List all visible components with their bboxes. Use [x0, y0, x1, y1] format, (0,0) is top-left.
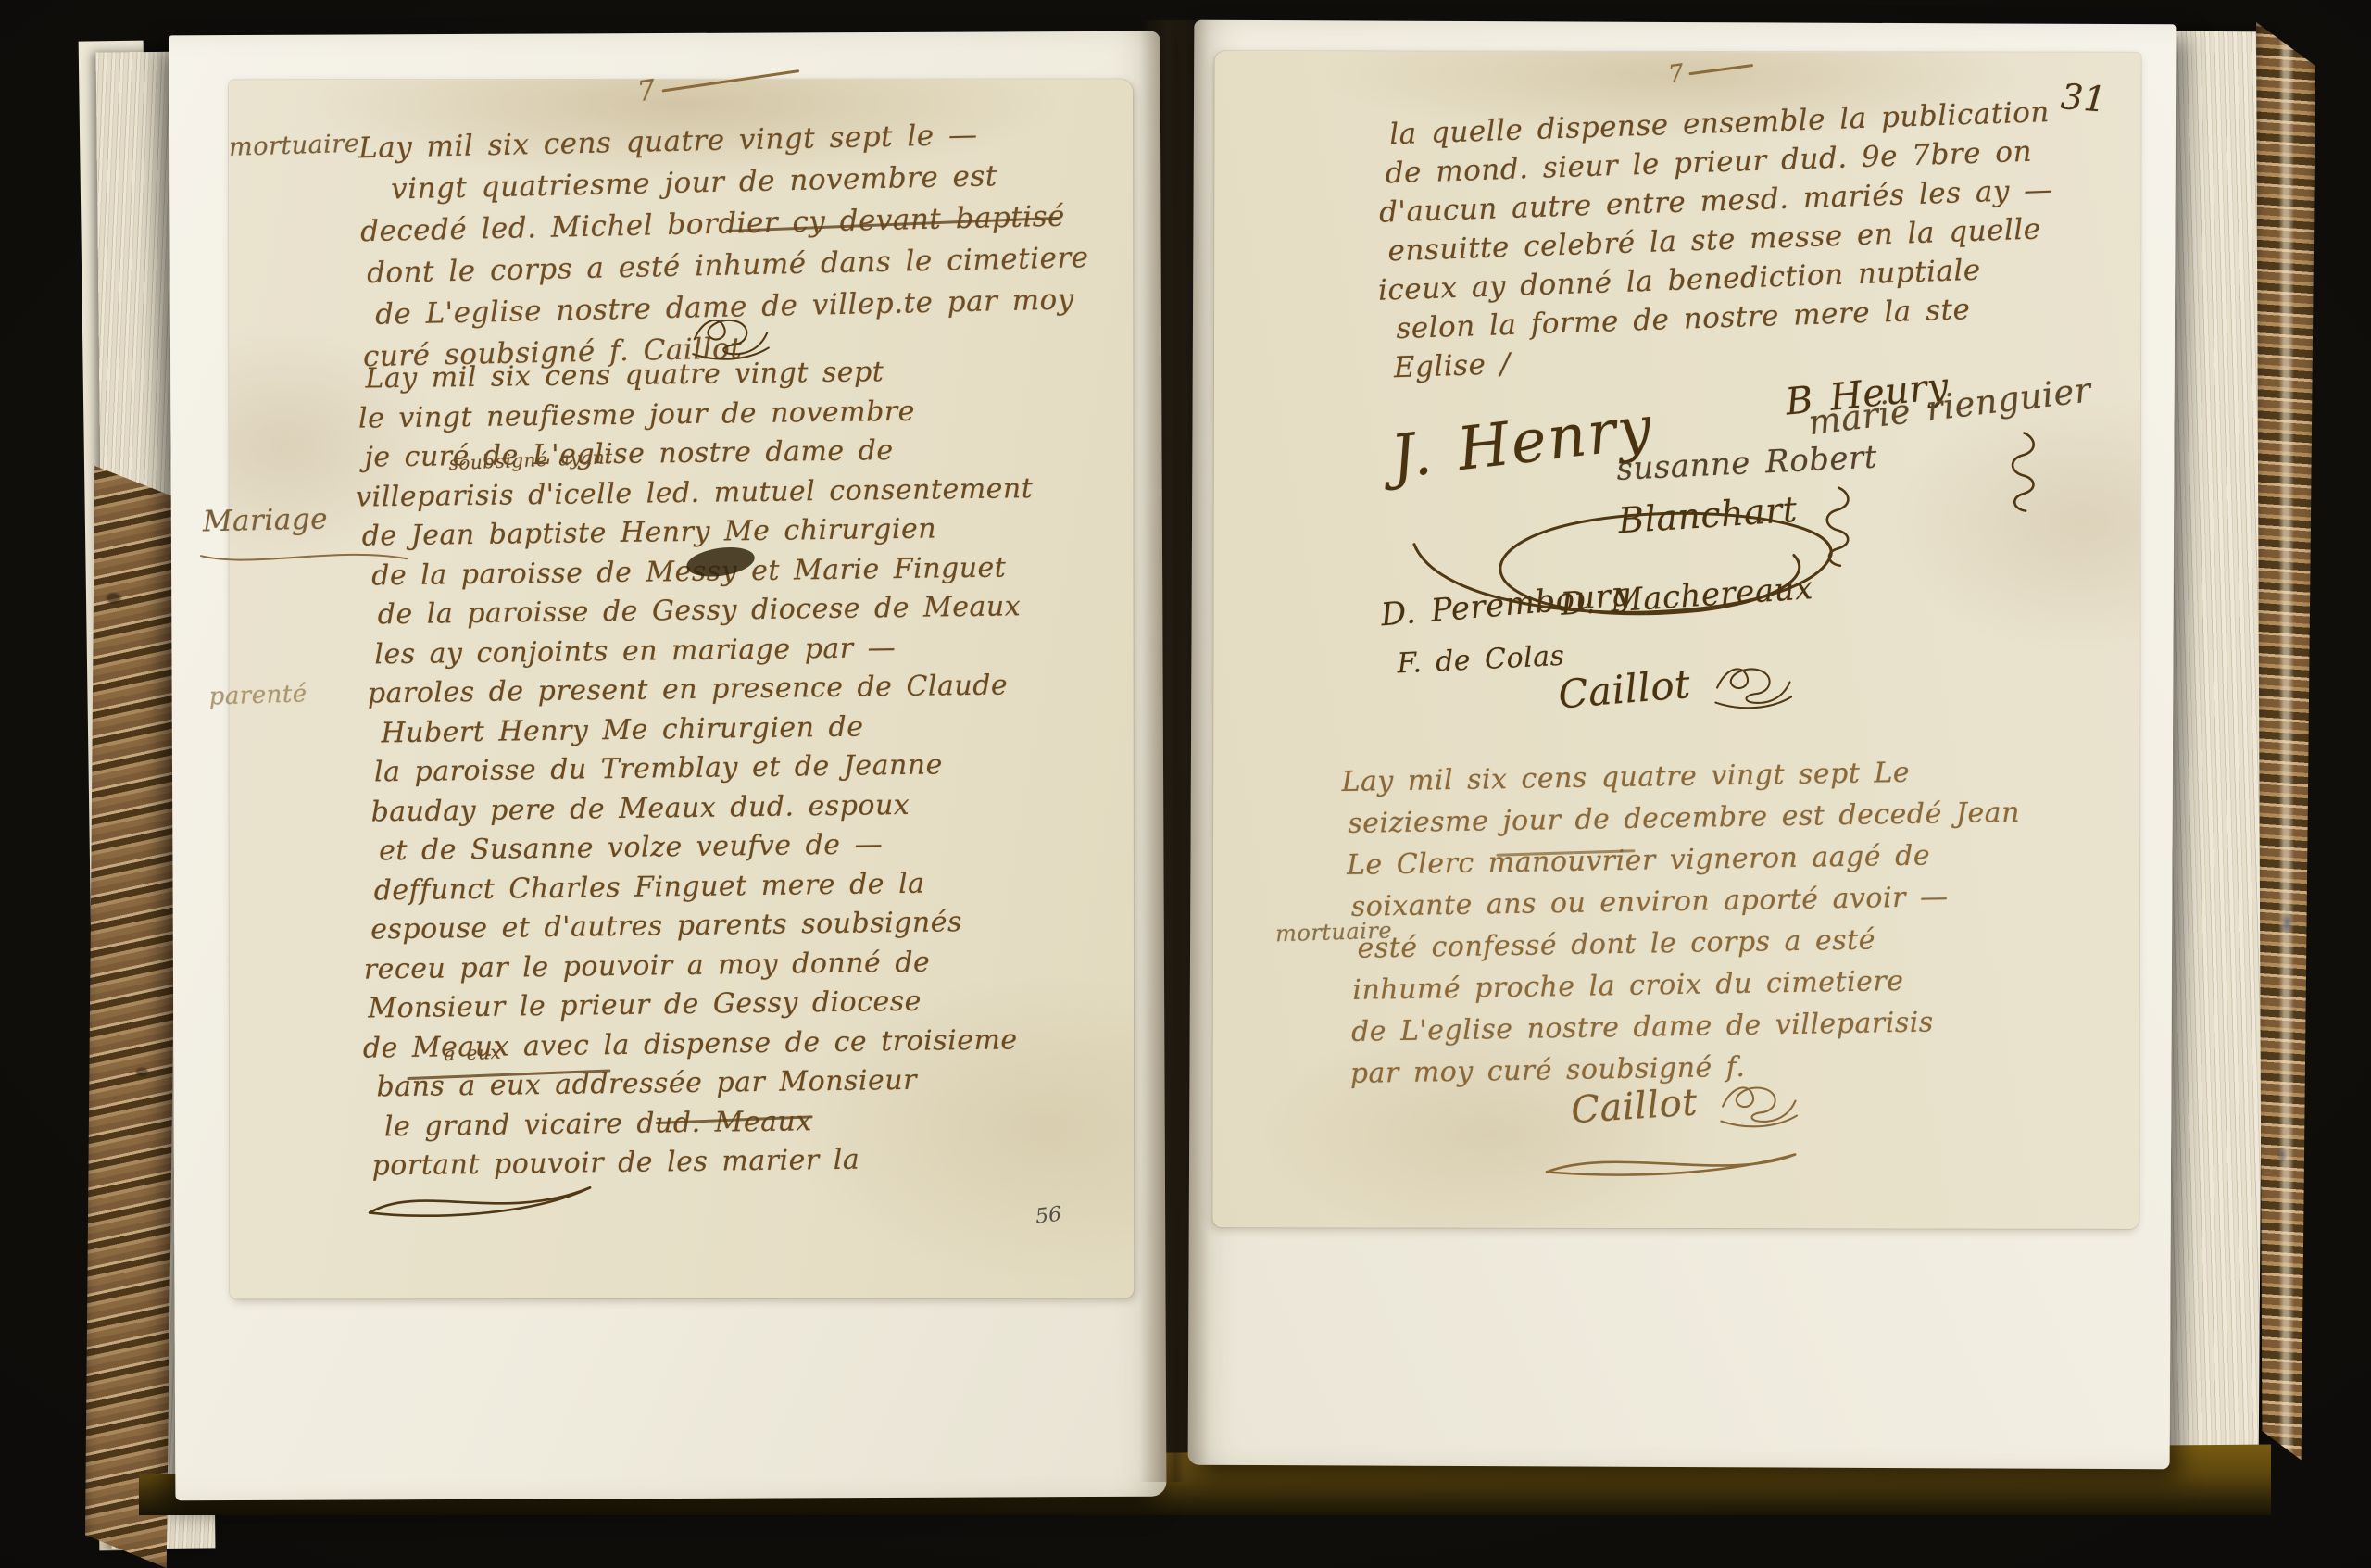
- cross-mark-stroke: [661, 69, 799, 92]
- interline-insertion: a eux: [444, 1041, 502, 1065]
- pencil-folio-number: 56: [1035, 1203, 1063, 1229]
- signature-knot-mark: [1822, 484, 1855, 570]
- right-marbled-endpaper: [2256, 22, 2315, 1474]
- signature-caillot-burial: Caillot: [1570, 1081, 1699, 1132]
- right-burial-act: Lay mil six cens quatre vingt sept Le se…: [1334, 750, 2024, 1095]
- folio-cross-mark-left-text: 7: [635, 74, 658, 108]
- caillot-paraph: [1712, 659, 1795, 711]
- cross-mark-stroke: [1688, 63, 1753, 74]
- signature-underline-sweep: [1541, 1144, 1800, 1182]
- left-page: 7 mortuaire Mariage parenté Lay mil six …: [169, 31, 1167, 1501]
- left-marbled-endpaper: [85, 466, 180, 1568]
- folio-cross-mark-right-text: 7: [1667, 59, 1687, 89]
- right-page: 7 31 la quelle dispense ensemble la publ…: [1188, 20, 2177, 1470]
- right-marriage-act-continuation: la quelle dispense ensemble la publicati…: [1384, 93, 2060, 387]
- ink-folio-number: 31: [2059, 76, 2107, 120]
- photograph-of-open-register: 7 mortuaire Mariage parenté Lay mil six …: [0, 0, 2371, 1568]
- signature-knot-mark: [2007, 430, 2040, 515]
- margin-note-parente: parenté: [208, 680, 307, 710]
- right-page-stack-edge: [2163, 31, 2269, 1475]
- margin-note-mortuaire-left: mortuaire: [229, 130, 360, 162]
- closing-squiggle-flourish: [364, 1178, 596, 1222]
- caillot-paraph-faded: [1717, 1078, 1800, 1130]
- margin-note-mariage: Mariage: [202, 502, 328, 538]
